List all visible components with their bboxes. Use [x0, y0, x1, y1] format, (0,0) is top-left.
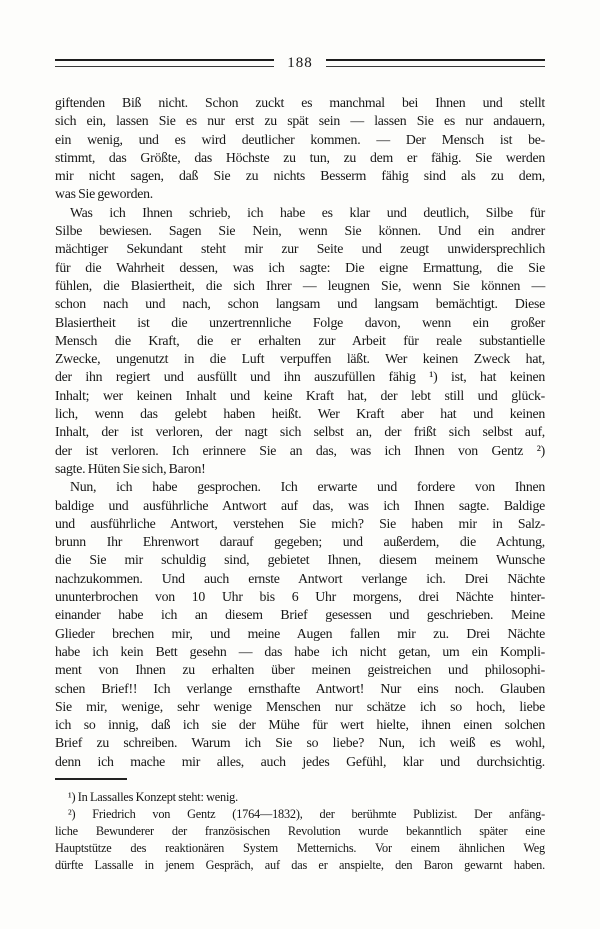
text-line: ununterbrochen von 10 Uhr bis 6 Uhr morg… — [55, 588, 545, 606]
header-rule-left — [55, 59, 274, 67]
text-line: was Sie geworden. — [55, 185, 545, 203]
text-line: ment von Ihnen zu erhalten über meinen g… — [55, 661, 545, 679]
text-line: denn ich mache mir alles, auch jedes Gef… — [55, 753, 545, 771]
page-number: 188 — [274, 54, 326, 72]
text-line: sagte. Hüten Sie sich, Baron! — [55, 460, 545, 478]
paragraph: Was ich Ihnen schrieb, ich habe es klar … — [55, 204, 545, 478]
text-line: ein wenig, und es wird deutlicher kommen… — [55, 131, 545, 149]
text-line: Sie mir, wenige, sehr wenige Menschen nu… — [55, 698, 545, 716]
text-line: Zwecke, ungenutzt in die Luft verpuffen … — [55, 350, 545, 368]
text-line: Silbe bewiesen. Sagen Sie Nein, wenn Sie… — [55, 222, 545, 240]
text-line: liche Bewunderer der französischen Revol… — [55, 823, 545, 840]
text-line: mächtiger Sekundant steht mir zur Seite … — [55, 240, 545, 258]
text-line: ²) Friedrich von Gentz (1764—1832), der … — [55, 806, 545, 823]
text-line: Inhalt, der ist verloren, der nagt sich … — [55, 423, 545, 441]
text-line: giftenden Biß nicht. Schon zuckt es manc… — [55, 94, 545, 112]
paragraph: Nun, ich habe gesprochen. Ich erwarte un… — [55, 478, 545, 771]
text-line: Inhalt; wer keinen Inhalt und keine Kraf… — [55, 387, 545, 405]
text-line: Hauptstütze des reaktionären System Mett… — [55, 840, 545, 857]
text-line: einander habe ich an diesem Brief gesess… — [55, 606, 545, 624]
text-line: brunn Ihr Ehrenwort darauf gegeben; und … — [55, 533, 545, 551]
text-line: ich so innig, daß ich sie der Mühe für w… — [55, 716, 545, 734]
text-line: fühlen, die Blasiertheit, die sich Ihrer… — [55, 277, 545, 295]
text-line: lich, wenn das gelebt haben heißt. Wer K… — [55, 405, 545, 423]
text-line: Brief zu schreiben. Warum ich Sie so lie… — [55, 734, 545, 752]
text-line: der ist verloren. Ich erinnere Sie an da… — [55, 442, 545, 460]
footnote: ²) Friedrich von Gentz (1764—1832), der … — [55, 806, 545, 874]
text-line: die Sie mir schuldig sind, gebietet Ihne… — [55, 551, 545, 569]
text-line: und ausführliche Antwort, verstehen Sie … — [55, 515, 545, 533]
footnote-separator — [55, 778, 127, 780]
header-rule-right — [326, 59, 545, 67]
text-line: dürfte Lassalle in jenem Gespräch, auf d… — [55, 857, 545, 874]
text-line: Blasiertheit ist die unzertrennliche Fol… — [55, 314, 545, 332]
text-line: nachzukommen. Und auch ernste Antwort ve… — [55, 570, 545, 588]
running-head: 188 — [55, 54, 545, 72]
text-line: Mensch die Kraft, die er erhalten zur Ar… — [55, 332, 545, 350]
text-line: Glieder brechen mir, und meine Augen fal… — [55, 625, 545, 643]
text-line: der ihn regiert und ausfüllt und ihn aus… — [55, 368, 545, 386]
text-line: stimmt, das Größte, das Höchste zu tun, … — [55, 149, 545, 167]
footnotes-list: ¹) In Lassalles Konzept steht: wenig.²) … — [55, 789, 545, 874]
body-text: giftenden Biß nicht. Schon zuckt es manc… — [55, 94, 545, 771]
text-line: für die Wahrheit dessen, was ich sagte: … — [55, 259, 545, 277]
book-page: 188 giftenden Biß nicht. Schon zuckt es … — [0, 0, 600, 929]
text-line: schen Brief!! Ich verlange ernsthafte An… — [55, 680, 545, 698]
text-line: Was ich Ihnen schrieb, ich habe es klar … — [55, 204, 545, 222]
text-line: sich ein, lassen Sie es nur erst zu spät… — [55, 112, 545, 130]
footnote: ¹) In Lassalles Konzept steht: wenig. — [55, 789, 545, 806]
text-line: Nun, ich habe gesprochen. Ich erwarte un… — [55, 478, 545, 496]
text-line: baldige und ausführliche Antwort auf das… — [55, 497, 545, 515]
text-line: schon nach und nach, schon langsam und l… — [55, 295, 545, 313]
text-line: mir nicht sagen, daß Sie zu nichts Besse… — [55, 167, 545, 185]
text-line: ¹) In Lassalles Konzept steht: wenig. — [55, 789, 545, 806]
paragraph: giftenden Biß nicht. Schon zuckt es manc… — [55, 94, 545, 204]
text-line: habe ich kein Bett gesehn — das habe ich… — [55, 643, 545, 661]
